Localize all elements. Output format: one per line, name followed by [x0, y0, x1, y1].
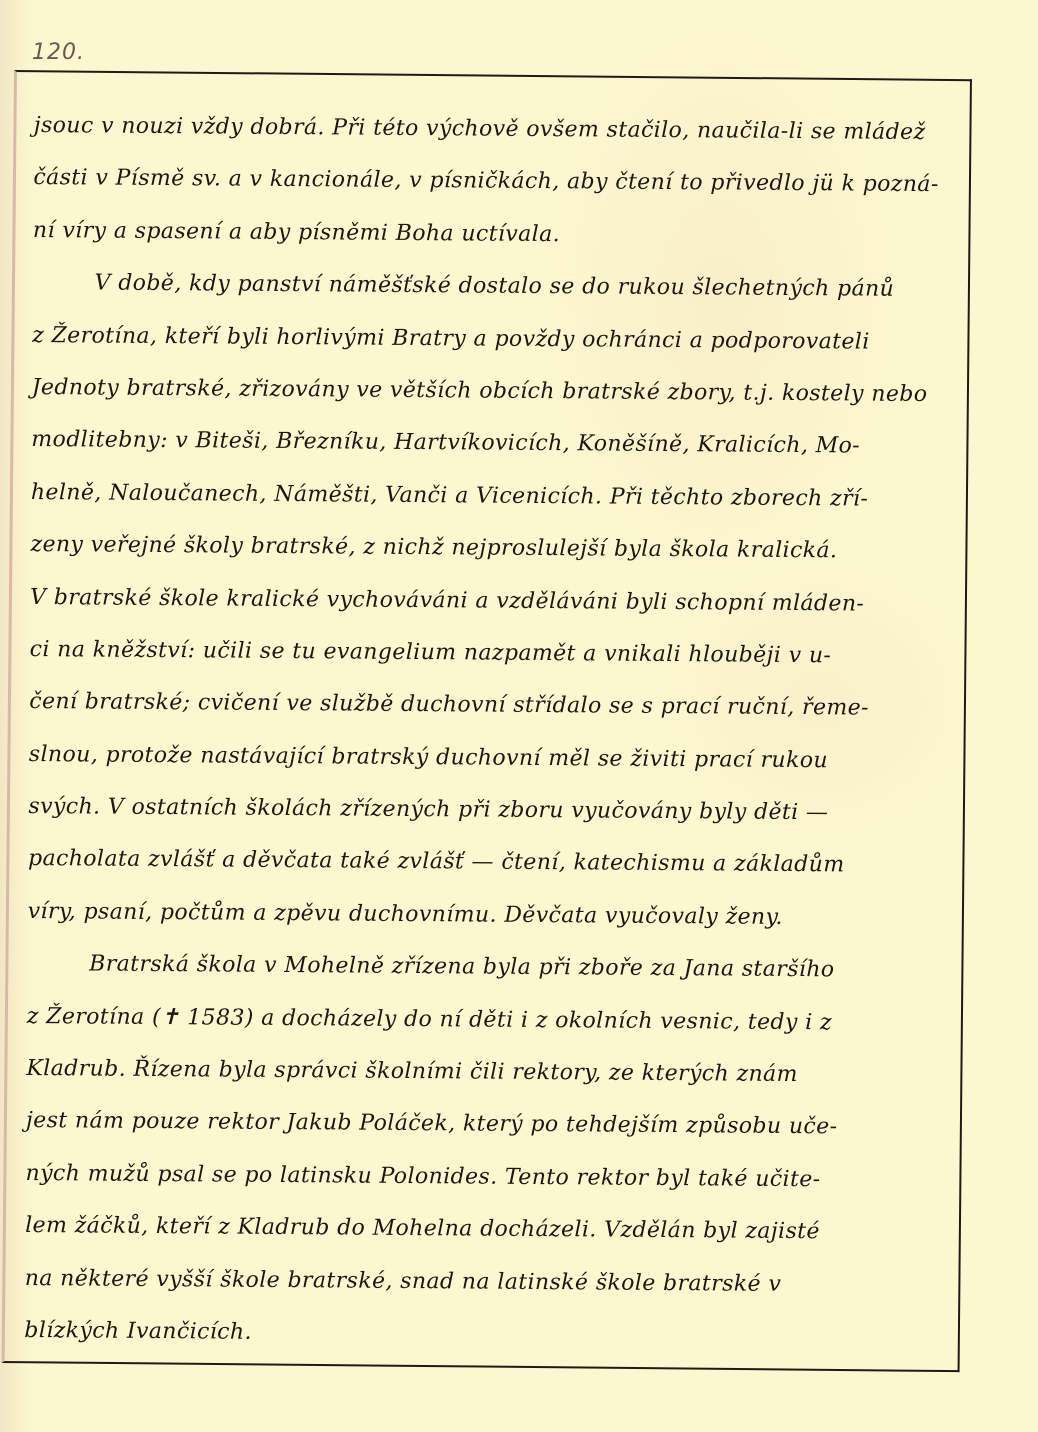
text-line-2: části v Písmě sv. a v kancionále, v písn… — [33, 152, 958, 212]
text-line-16: víry, psaní, počtům a zpěvu duchovnímu. … — [27, 886, 952, 946]
text-line-20: jest nám pouze rektor Jakub Poláček, kte… — [26, 1095, 951, 1155]
handwritten-text-body: jsouc v nouzi vždy dobrá. Při této výcho… — [24, 100, 959, 1365]
text-line-24: blízkých Ivančicích. — [24, 1305, 949, 1365]
text-line-1: jsouc v nouzi vždy dobrá. Při této výcho… — [34, 100, 959, 160]
text-line-23: na některé vyšší škole bratrské, snad na… — [25, 1253, 950, 1313]
text-line-6: Jednoty bratrské, zřizovány ve větších o… — [32, 362, 957, 422]
text-line-11: ci na kněžství: učili se tu evangelium n… — [29, 624, 954, 684]
text-line-9: zeny veřejné školy bratrské, z nichž nej… — [30, 519, 955, 579]
text-line-12: čení bratrské; cvičení ve službě duchovn… — [29, 676, 954, 736]
text-line-10: V bratrské škole kralické vychováváni a … — [30, 572, 955, 632]
text-line-8: helně, Naloučanech, Náměšti, Vanči a Vic… — [31, 467, 956, 527]
text-line-5: z Žerotína, kteří byli horlivými Bratry … — [32, 310, 957, 370]
text-line-15: pacholata zvlášť a děvčata také zvlášť —… — [28, 833, 953, 893]
text-line-21: ných mužů psal se po latinsku Polonides.… — [25, 1148, 950, 1208]
text-line-18: z Žerotína (✝ 1583) a docházely do ní dě… — [27, 991, 952, 1051]
text-line-3: ní víry a spasení a aby písněmi Boha uct… — [33, 205, 958, 265]
text-line-7: modlitebny: v Biteši, Březníku, Hartvíko… — [31, 414, 956, 474]
text-line-14: svých. V ostatních školách zřízených při… — [28, 781, 953, 841]
text-line-19: Kladrub. Řízena byla správci školními či… — [26, 1043, 951, 1103]
text-line-13: slnou, protože nastávající bratrský duch… — [29, 729, 954, 789]
text-line-4-paragraph-start: V době, kdy panství náměšťské dostalo se… — [32, 257, 957, 317]
text-line-17-paragraph-start: Bratrská škola v Mohelně zřízena byla př… — [27, 938, 952, 998]
page-number: 120. — [32, 40, 85, 65]
text-line-22: lem žáčků, kteří z Kladrub do Mohelna do… — [25, 1200, 950, 1260]
